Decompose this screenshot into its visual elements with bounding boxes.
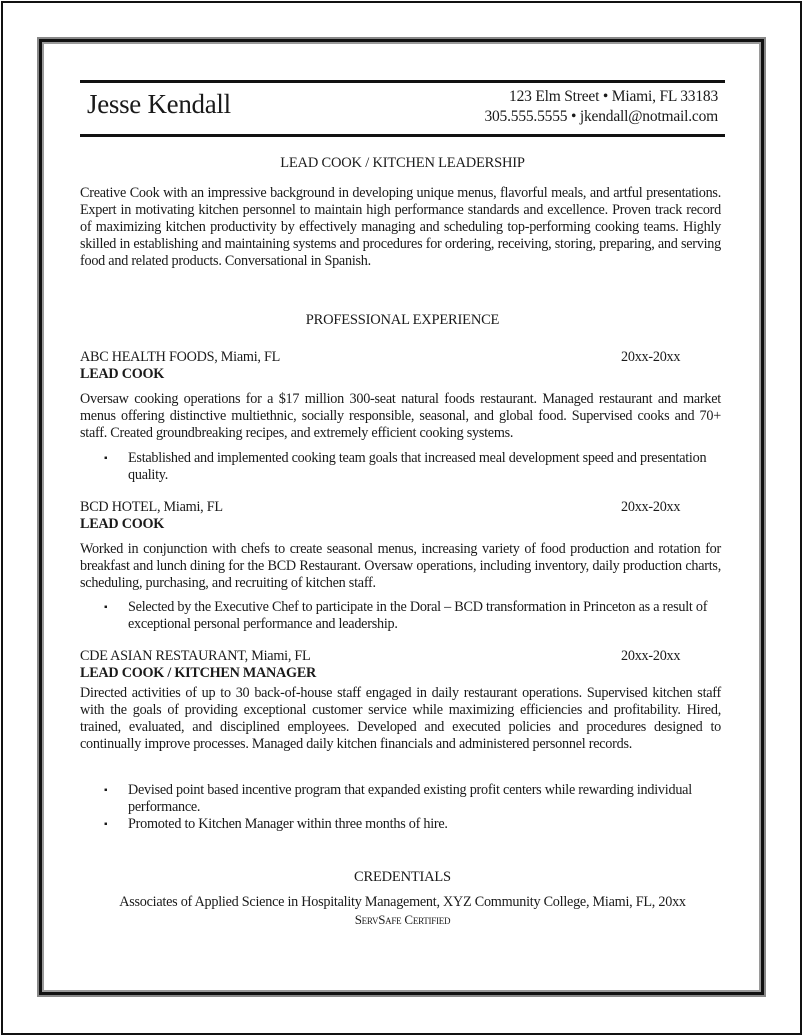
job-2-description: Worked in conjunction with chefs to crea… (80, 541, 721, 592)
address-line: 123 Elm Street • Miami, FL 33183 (484, 87, 718, 107)
job-1-header: ABC HEALTH FOODS, Miami, FL 20xx-20xx (80, 349, 721, 366)
credentials-heading: CREDENTIALS (80, 869, 725, 886)
list-item: ▪Selected by the Executive Chef to parti… (80, 599, 708, 633)
header-bottom-rule (80, 134, 725, 137)
job-2-employer: BCD HOTEL, Miami, FL (80, 499, 223, 515)
job-1-position: LEAD COOK (80, 366, 164, 383)
experience-heading: PROFESSIONAL EXPERIENCE (80, 312, 725, 329)
job-2-dates: 20xx-20xx (621, 499, 680, 516)
square-bullet-icon: ▪ (104, 782, 107, 799)
job-3-employer: CDE ASIAN RESTAURANT, Miami, FL (80, 648, 310, 664)
square-bullet-icon: ▪ (104, 599, 107, 616)
job-1-description: Oversaw cooking operations for a $17 mil… (80, 391, 721, 442)
job-1-dates: 20xx-20xx (621, 349, 680, 366)
job-1-bullets: ▪Established and implemented cooking tea… (80, 450, 721, 484)
job-1-employer: ABC HEALTH FOODS, Miami, FL (80, 349, 280, 365)
square-bullet-icon: ▪ (104, 450, 107, 467)
header-top-rule (80, 80, 725, 83)
job-3-bullets: ▪Devised point based incentive program t… (80, 782, 721, 833)
job-2-position: LEAD COOK (80, 516, 164, 533)
summary-heading: LEAD COOK / KITCHEN LEADERSHIP (80, 155, 725, 172)
list-item: ▪Established and implemented cooking tea… (80, 450, 708, 484)
job-3-header: CDE ASIAN RESTAURANT, Miami, FL 20xx-20x… (80, 648, 721, 665)
degree-line: Associates of Applied Science in Hospita… (80, 894, 725, 911)
list-item: ▪Promoted to Kitchen Manager within thre… (80, 816, 708, 833)
job-2-bullets: ▪Selected by the Executive Chef to parti… (80, 599, 721, 633)
candidate-name: Jesse Kendall (87, 89, 231, 120)
job-3-dates: 20xx-20xx (621, 648, 680, 665)
contact-block: 123 Elm Street • Miami, FL 33183 305.555… (484, 87, 718, 127)
list-item: ▪Devised point based incentive program t… (80, 782, 708, 816)
square-bullet-icon: ▪ (104, 816, 107, 833)
job-3-description: Directed activities of up to 30 back-of-… (80, 685, 721, 753)
job-3-position: LEAD COOK / KITCHEN MANAGER (80, 665, 316, 682)
phone-email-line: 305.555.5555 • jkendall@notmail.com (484, 107, 718, 127)
summary-paragraph: Creative Cook with an impressive backgro… (80, 185, 721, 270)
job-2-header: BCD HOTEL, Miami, FL 20xx-20xx (80, 499, 721, 516)
certification-line: ServSafe Certified (80, 911, 725, 928)
